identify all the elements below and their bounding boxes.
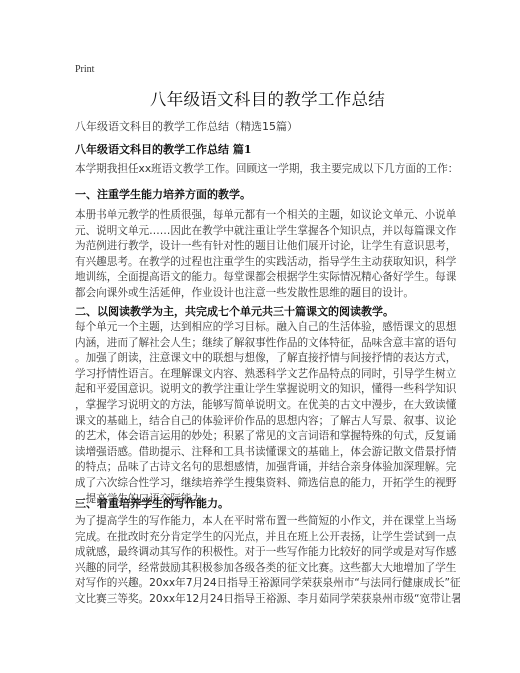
text-line: 本册书单元教学的性质很强，每单元都有一个相关的主题，如议论文单元、小说单 xyxy=(75,208,460,224)
section-heading-3: 三、着重培养学生的写作能力。 xyxy=(75,495,229,511)
text-line: 为了提高学生的写作能力，本人在平时常布置一些简短的小作文，并在课堂上当场 xyxy=(75,514,460,530)
intro-paragraph: 本学期我担任xx班语文教学工作。回顾这一学期，我主要完成以下几方面的工作： xyxy=(75,162,460,178)
section-paragraph-1: 本册书单元教学的性质很强，每单元都有一个相关的主题，如议论文单元、小说单 元、说… xyxy=(75,208,460,302)
text-line: 课文的基础上，结合自己的体验评价作品的思想内容；了解古人写景、叙事、议论 xyxy=(75,414,460,430)
text-line: 内涵，进而了解社会人生；继续了解叙事性作品的文体特征，品味含意丰富的语句 xyxy=(75,336,460,352)
print-label: Print xyxy=(75,64,94,75)
text-line: 每个单元一个主题，达到相应的学习目标。融入自己的生活体验，感悟课文的思想 xyxy=(75,320,460,336)
text-line: 文比赛三等奖。20xx年12月24日指导王裕源、李月茹同学荣获泉州市级“宽带让暑 xyxy=(75,592,460,608)
text-line: 。加强了朗读，注意课文中的联想与想像，了解直接抒情与间接抒情的表达方式， xyxy=(75,351,460,367)
text-line: 本学期我担任xx班语文教学工作。回顾这一学期，我主要完成以下几方面的工作： xyxy=(75,162,460,178)
text-line: 学习抒情性语言。在理解课文内容、熟悉科学文艺作品特点的同时，引导学生树立 xyxy=(75,367,460,383)
text-line: 读增强语感。借助提示、注释和工具书读懂课文的基础上，体会游记散文借景抒情 xyxy=(75,445,460,461)
text-line: 成了六次综合性学习，继续培养学生搜集资料、筛选信息的能力，开拓学生的视野 xyxy=(75,476,460,492)
text-line: 起和平爱国意识。说明文的教学注重让学生掌握说明文的知识，懂得一些科学知识 xyxy=(75,382,460,398)
text-line: ，掌握学习说明文的方法，能够写简单说明文。在优美的古文中漫步，在大致读懂 xyxy=(75,398,460,414)
text-line: 对写作的兴趣。20xx年7月24日指导王裕源同学荣获泉州市“与法同行健康成长”征 xyxy=(75,576,460,592)
text-line: 有兴趣思考。在教学的过程也注重学生的实践活动，指导学生主动获取知识，科学 xyxy=(75,255,460,271)
text-line: 成就感，最终调动其写作的积极性。对于一些写作能力比较好的同学或是对写作感 xyxy=(75,545,460,561)
text-line: 的特点；品味了古诗文名句的思想感情，加强背诵，并结合亲身体验加深理解。完 xyxy=(75,460,460,476)
text-line: 地训练，全面提高语文的能力。每堂课都会根据学生实际情况精心备好学生。每课 xyxy=(75,270,460,286)
section-heading-2: 二、以阅读教学为主，共完成七个单元共三十篇课文的阅读教学。 xyxy=(75,303,394,319)
article-heading: 八年级语文科目的教学工作总结 篇1 xyxy=(75,141,251,157)
document-subtitle: 八年级语文科目的教学工作总结（精选15篇） xyxy=(75,118,298,134)
text-line: 兴趣的同学，经常鼓励其积极参加各级各类的征文比赛。这些都大大地增加了学生 xyxy=(75,561,460,577)
text-line: 都会向课外或生活延伸，作业设计也注意一些发散性思维的题目的设计。 xyxy=(75,286,460,302)
text-line: 为范例进行教学，设计一些有针对性的题目让他们展开讨论，让学生有意识思考， xyxy=(75,239,460,255)
text-line: 完成。在批改时充分肯定学生的闪光点，并且在班上公开表扬，让学生尝试到一点 xyxy=(75,530,460,546)
document-title: 八年级语文科目的教学工作总结 xyxy=(75,86,460,110)
section-paragraph-2: 每个单元一个主题，达到相应的学习目标。融入自己的生活体验，感悟课文的思想 内涵，… xyxy=(75,320,460,507)
section-paragraph-3: 为了提高学生的写作能力，本人在平时常布置一些简短的小作文，并在课堂上当场 完成。… xyxy=(75,514,460,608)
text-line: 元、说明文单元……因此在教学中就注重让学生掌握各个知识点，并以每篇课文作 xyxy=(75,224,460,240)
section-heading-1: 一、注重学生能力培养方面的教学。 xyxy=(75,186,251,202)
text-line: 的艺术，体会语言运用的妙处；积累了常见的文言词语和掌握特殊的句式，反复诵 xyxy=(75,429,460,445)
